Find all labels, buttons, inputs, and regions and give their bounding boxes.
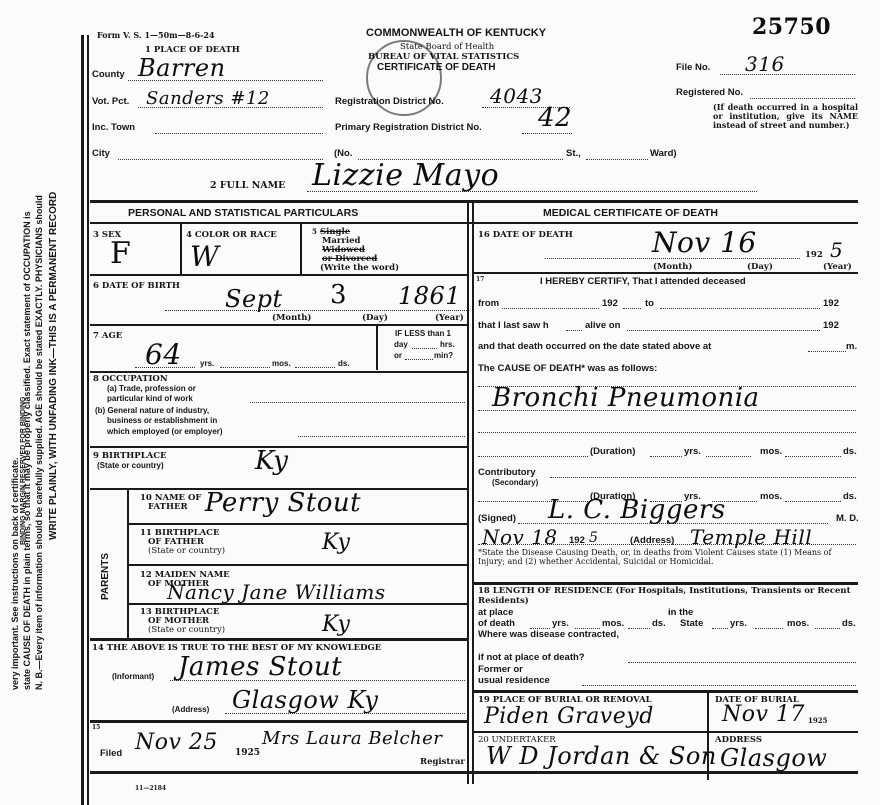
signed-value: L. C. Biggers xyxy=(548,495,726,525)
dod-year-label: (Year) xyxy=(823,262,852,272)
burial-year: 1925 xyxy=(808,716,827,725)
occupation-b3: which employed (or employer) xyxy=(107,427,223,436)
dob-year-value: 1861 xyxy=(398,282,461,310)
outer-border-left xyxy=(81,35,84,805)
from-label: from xyxy=(478,298,499,309)
side-note-line2: N. B.—Every item of information should b… xyxy=(34,195,44,690)
dob-day-value: 3 xyxy=(330,280,347,310)
sign-year-suffix: 5 xyxy=(589,530,598,546)
form-number: Form V. S. 1—50m—8-6-24 xyxy=(97,30,215,40)
race-value: W xyxy=(190,240,219,273)
m-label: m. xyxy=(846,341,857,352)
duration-yrs-1: yrs. xyxy=(684,446,701,457)
alive-on-label: alive on xyxy=(585,320,620,331)
county-label: County xyxy=(92,69,125,80)
side-note-line1: WRITE PLAINLY, WITH UNFADING INK—THIS IS… xyxy=(48,192,59,540)
from-year: 192 xyxy=(602,298,618,309)
less-than-label: IF LESS than 1 xyxy=(395,329,451,338)
personal-section-title: PERSONAL AND STATISTICAL PARTICULARS xyxy=(128,207,358,219)
if-not-label: if not at place of death? xyxy=(478,652,585,663)
res-yrs-1: yrs. xyxy=(552,618,569,629)
usual-residence-label: usual residence xyxy=(478,675,550,686)
sign-year-prefix: 192 xyxy=(569,535,585,546)
age-yrs-label: yrs. xyxy=(200,359,214,368)
file-no-value: 316 xyxy=(745,52,785,76)
in-the-label: in the xyxy=(668,607,693,618)
informant-address-value: Glasgow Ky xyxy=(232,686,378,714)
res-yrs-2: yrs. xyxy=(730,618,747,629)
undertaker-value: W D Jordan & Son xyxy=(486,742,717,770)
medical-section-title: MEDICAL CERTIFICATE OF DEATH xyxy=(543,207,718,219)
marital-num: 5 xyxy=(312,227,317,236)
title-board: State Board of Health xyxy=(400,42,494,52)
alive-year: 192 xyxy=(823,320,839,331)
county-value: Barren xyxy=(138,54,226,82)
cause-label: The CAUSE OF DEATH* was as follows: xyxy=(478,363,657,374)
mother-bp-value: Ky xyxy=(322,612,350,637)
of-death-label: of death xyxy=(478,618,515,629)
father-name-value: Perry Stout xyxy=(205,488,361,518)
less-hrs-label: hrs. xyxy=(440,340,455,349)
city-label: City xyxy=(92,148,110,159)
less-min-label: min? xyxy=(434,351,453,360)
primary-reg-label: Primary Registration District No. xyxy=(335,122,482,133)
race-label: 4 COLOR OR RACE xyxy=(186,230,277,240)
registrar-value: Mrs Laura Belcher xyxy=(262,728,442,749)
age-ds-label: ds. xyxy=(338,359,350,368)
dob-label: 6 DATE OF BIRTH xyxy=(93,281,180,291)
file-no-label: File No. xyxy=(676,62,710,73)
age-label: 7 AGE xyxy=(93,331,122,341)
sign-address-label: (Address) xyxy=(630,535,674,546)
certify-statement: I HEREBY CERTIFY, That I attended deceas… xyxy=(540,276,746,287)
occupation-a2: particular kind of work xyxy=(107,394,193,403)
dob-month-value: Sept xyxy=(225,285,283,313)
where-contracted-label: Where was disease contracted, xyxy=(478,629,619,640)
registrar-label: Registrar xyxy=(420,757,465,767)
full-name-value: Lizzie Mayo xyxy=(312,158,499,193)
res-ds-1: ds. xyxy=(652,618,666,629)
outer-border-left-inner xyxy=(87,35,89,805)
cause-value: Bronchi Pneumonia xyxy=(492,383,760,413)
res-mos-2: mos. xyxy=(787,618,809,629)
hospital-note: (If death occurred in a hospital or inst… xyxy=(713,103,858,130)
informant-address-label: (Address) xyxy=(172,705,209,714)
inc-town-label: Inc. Town xyxy=(92,122,135,133)
duration-ds-1: ds. xyxy=(843,446,857,457)
dod-month-label: (Month) xyxy=(653,262,692,272)
parents-label: PARENTS xyxy=(100,553,111,600)
margin-stamp: BINDING MARGIN RESERVED FOR BINDING xyxy=(20,397,27,545)
to-label: to xyxy=(645,298,654,309)
dob-day-label: (Day) xyxy=(362,313,388,323)
dod-day-label: (Day) xyxy=(747,262,773,272)
st-label: St., xyxy=(566,148,581,159)
vot-pct-label: Vot. Pct. xyxy=(92,96,129,107)
birthplace-sub: (State or country) xyxy=(97,461,164,470)
ward-label: Ward) xyxy=(650,148,677,159)
occupation-b2: business or establishment in xyxy=(107,416,217,425)
num17: 17 xyxy=(476,276,484,283)
former-label: Former or xyxy=(478,664,523,675)
registered-no-label: Registered No. xyxy=(676,87,743,98)
full-name-label: 2 FULL NAME xyxy=(210,180,285,191)
contributory-label: Contributory xyxy=(478,467,536,478)
reg-district-label: Registration District No. xyxy=(335,96,444,107)
res-ds-2: ds. xyxy=(842,618,856,629)
occupation-b1: (b) General nature of industry, xyxy=(95,406,209,415)
duration-label-1: (Duration) xyxy=(590,446,635,457)
footer-code: 11—2184 xyxy=(135,785,166,792)
filed-year: 1925 xyxy=(235,748,260,758)
title-bureau: BUREAU OF VITAL STATISTICS xyxy=(368,52,519,62)
birthplace-value: Ky xyxy=(255,446,288,476)
father-name-label2: FATHER xyxy=(148,502,188,512)
signed-label: (Signed) xyxy=(478,513,516,524)
age-mos-label: mos. xyxy=(272,359,291,368)
dob-month-label: (Month) xyxy=(272,313,311,323)
occupation-a1: (a) Trade, profession or xyxy=(107,384,196,393)
column-divider xyxy=(467,200,469,784)
burial-place-value: Piden Graveyd xyxy=(484,704,654,729)
filed-label: Filed xyxy=(100,748,122,759)
at-place-label: at place xyxy=(478,607,513,618)
marital-note: (Write the word) xyxy=(320,263,399,273)
title-certificate: CERTIFICATE OF DEATH xyxy=(377,62,496,73)
dod-year-prefix: 192 xyxy=(805,250,823,260)
state-label: State xyxy=(680,618,703,629)
birthplace-label: 9 BIRTHPLACE xyxy=(93,451,167,461)
footnote: *State the Disease Causing Death, or, in… xyxy=(478,548,856,566)
primary-reg-value: 42 xyxy=(538,103,572,133)
to-year: 192 xyxy=(823,298,839,309)
side-note-line4: very important. See instructions on back… xyxy=(10,457,20,690)
duration-ds-2: ds. xyxy=(843,491,857,502)
reg-district-value: 4043 xyxy=(490,84,543,108)
dod-value: Nov 16 xyxy=(652,226,757,259)
dod-label: 16 DATE OF DEATH xyxy=(478,230,573,240)
less-or-label: or xyxy=(394,351,402,360)
residence-label: 18 LENGTH OF RESIDENCE (For Hospitals, I… xyxy=(478,586,856,606)
filed-date-value: Nov 25 xyxy=(135,730,218,755)
sex-value: F xyxy=(110,236,131,271)
dod-year-suffix: 5 xyxy=(830,238,843,262)
burial-date-value: Nov 17 xyxy=(722,702,805,727)
informant-label: (Informant) xyxy=(112,672,154,681)
informant-value: James Stout xyxy=(178,652,342,682)
duration-mos-1: mos. xyxy=(760,446,782,457)
title-commonwealth: COMMONWEALTH OF KENTUCKY xyxy=(366,27,546,39)
undertaker-address-value: Glasgow xyxy=(720,744,827,772)
res-mos-1: mos. xyxy=(602,618,624,629)
certificate-number: 25750 xyxy=(752,14,831,40)
dob-year-label: (Year) xyxy=(435,313,464,323)
sign-date-value: Nov 18 xyxy=(482,525,558,549)
less-day-label: day xyxy=(394,340,408,349)
sign-address-value: Temple Hill xyxy=(690,525,812,549)
age-years-value: 64 xyxy=(145,338,182,371)
occurred-label: and that death occurred on the date stat… xyxy=(478,341,711,352)
secondary-label: (Secondary) xyxy=(492,478,538,487)
last-saw-label: that I last saw h xyxy=(478,320,549,331)
md-label: M. D. xyxy=(836,513,859,524)
duration-mos-2: mos. xyxy=(760,491,782,502)
vot-pct-value: Sanders #12 xyxy=(146,88,270,109)
mother-bp-label3: (State or country) xyxy=(148,625,225,635)
occupation-label: 8 OCCUPATION xyxy=(93,374,168,384)
filed-num: 15 xyxy=(92,724,100,731)
father-bp-value: Ky xyxy=(322,530,350,555)
father-bp-label3: (State or country) xyxy=(148,546,225,556)
mother-name-value: Nancy Jane Williams xyxy=(167,580,386,604)
